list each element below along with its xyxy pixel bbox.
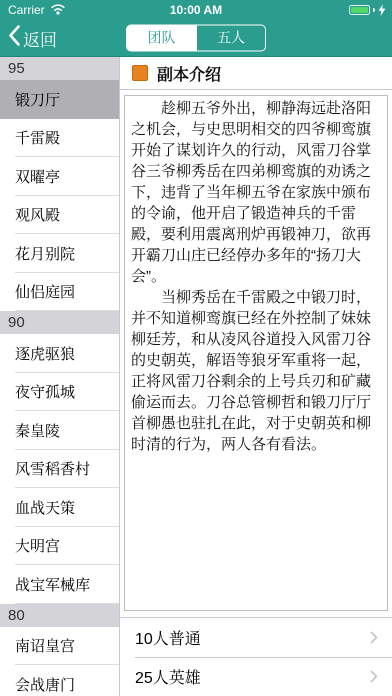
chevron-right-icon [365, 631, 378, 644]
sidebar-item-nan-zhao-huang-gong[interactable]: 南诏皇宫 [0, 627, 119, 666]
carrier-label: Carrier [8, 3, 45, 17]
sidebar-item-xue-zhan-tian-ce[interactable]: 血战天策 [0, 488, 119, 527]
app-screen: Carrier 10:00 AM [0, 0, 392, 696]
sidebar-item-hui-zhan-tang-men[interactable]: 会战唐门 [0, 665, 119, 696]
navigation-bar: 返回 团队 五人 [0, 20, 392, 57]
intro-paragraph: 当柳秀岳在千雷殿之中锻刀时，并不知道柳鸾旗已经在外控制了妹妹柳廷芳，和从凌风谷道… [131, 287, 381, 455]
chevron-right-icon [365, 670, 378, 683]
sidebar-item-qin-huang-ling[interactable]: 秦皇陵 [0, 411, 119, 450]
status-bar: Carrier 10:00 AM [0, 0, 392, 20]
back-label: 返回 [23, 26, 57, 51]
mode-row-10-normal[interactable]: 10人普通 [120, 618, 392, 657]
clock-time: 10:00 AM [170, 3, 222, 17]
sidebar-item-qian-lei-dian[interactable]: 千雷殿 [0, 119, 119, 158]
dungeon-list[interactable]: 95 锻刀厅 千雷殿 双曜亭 观风殿 花月别院 仙侣庭园 90 逐虎驱狼 夜守孤… [0, 57, 120, 696]
sidebar-item-feng-xue-dao-xiang-cun[interactable]: 风雪稻香村 [0, 450, 119, 489]
tab-team[interactable]: 团队 [127, 26, 196, 51]
sidebar-item-da-ming-gong[interactable]: 大明宫 [0, 527, 119, 566]
wifi-icon [50, 3, 66, 18]
sidebar-item-hua-yue-bie-yuan[interactable]: 花月别院 [0, 234, 119, 273]
section-header-80: 80 [0, 604, 119, 627]
sidebar-item-xian-lv-ting-yuan[interactable]: 仙侣庭园 [0, 273, 119, 312]
chevron-left-icon [8, 25, 20, 51]
orange-square-icon [132, 65, 148, 81]
sidebar-item-duan-dao-ting[interactable]: 锻刀厅 [0, 80, 119, 119]
mode-label: 10人普通 [135, 626, 367, 649]
back-button[interactable]: 返回 [8, 25, 57, 51]
content-area: 95 锻刀厅 千雷殿 双曜亭 观风殿 花月别院 仙侣庭园 90 逐虎驱狼 夜守孤… [0, 57, 392, 696]
dungeon-detail: 副本介绍 趁柳五爷外出，柳静海远赴洛阳之机会，与史思明相交的四爷柳鸾旗开始了谋划… [120, 57, 392, 696]
detail-header: 副本介绍 [120, 57, 392, 90]
intro-text-view[interactable]: 趁柳五爷外出，柳静海远赴洛阳之机会，与史思明相交的四爷柳鸾旗开始了谋划许久的行动… [124, 95, 388, 611]
sidebar-item-guan-feng-dian[interactable]: 观风殿 [0, 196, 119, 235]
sidebar-item-zhan-bao-jun-xie-ku[interactable]: 战宝军械库 [0, 565, 119, 604]
mode-list: 10人普通 25人英雄 [120, 617, 392, 696]
tab-five-man[interactable]: 五人 [196, 26, 265, 51]
section-header-90: 90 [0, 311, 119, 334]
sidebar-item-shuang-yao-ting[interactable]: 双曜亭 [0, 157, 119, 196]
intro-paragraph: 趁柳五爷外出，柳静海远赴洛阳之机会，与史思明相交的四爷柳鸾旗开始了谋划许久的行动… [131, 98, 381, 287]
detail-title: 副本介绍 [157, 62, 221, 85]
sidebar-item-zhu-hu-qu-lang[interactable]: 逐虎驱狼 [0, 334, 119, 373]
battery-charging-icon [349, 4, 386, 16]
mode-row-25-heroic[interactable]: 25人英雄 [120, 657, 392, 696]
sidebar-item-ye-shou-gu-cheng[interactable]: 夜守孤城 [0, 373, 119, 412]
section-header-95: 95 [0, 57, 119, 80]
mode-label: 25人英雄 [135, 665, 367, 688]
mode-segmented-control: 团队 五人 [126, 25, 266, 52]
